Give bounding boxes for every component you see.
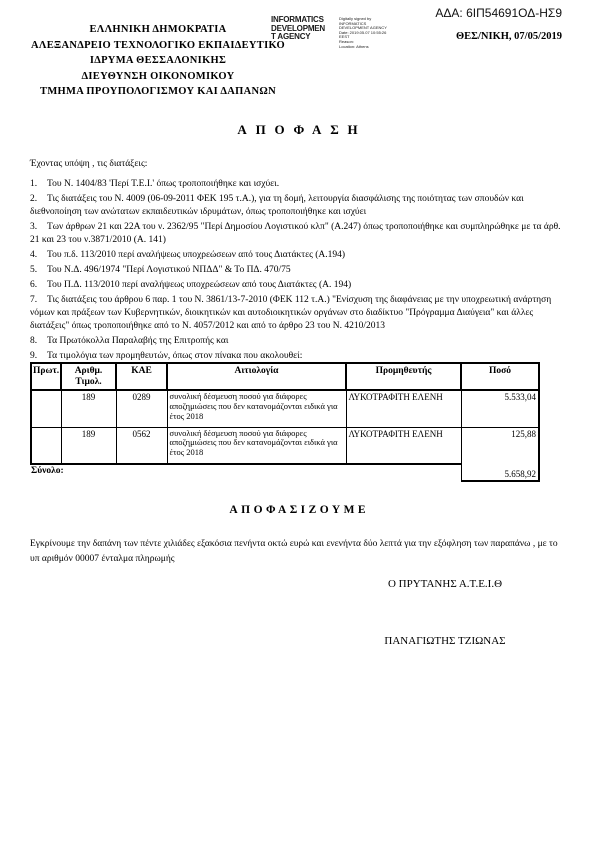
table-row: 189 0289 συνολική δέσμευση ποσού για διά…	[31, 390, 539, 427]
stamp-detail-line: Location: Athens	[339, 45, 401, 50]
resolution-body: Εγκρίνουμε την δαπάνη των πέντε χιλιάδες…	[30, 537, 565, 566]
item-number: 7.	[30, 294, 47, 307]
item-text: Τα τιμολόγια των προμηθευτών, όπως στον …	[47, 351, 302, 361]
letterhead-line-republic: ΕΛΛΗΝΙΚΗ ΔΗΜΟΚΡΑΤΙΑ	[8, 22, 308, 38]
cell-invoice-no: 189	[61, 390, 116, 427]
signatory-name: ΠΑΝΑΓΙΩΤΗΣ ΤΖΙΩΝΑΣ	[330, 635, 560, 647]
item-text: Τις διατάξεις του άρθρου 6 παρ. 1 του Ν.…	[30, 295, 551, 331]
stamp-agency-line: T AGENCY	[271, 33, 335, 42]
cell-justification: συνολική δέσμευση ποσού για διάφορες απο…	[167, 390, 346, 427]
digital-signature-stamp: INFORMATICS DEVELOPMEN T AGENCY Digitall…	[271, 16, 403, 49]
item-text: Των άρθρων 21 και 22Α του ν. 2362/95 "Πε…	[30, 222, 561, 245]
cell-amount: 125,88	[461, 427, 539, 464]
cell-supplier: ΛΥΚΟΤΡΑΦΙΤΗ ΕΛΕΝΗ	[346, 427, 461, 464]
cell-supplier: ΛΥΚΟΤΡΑΦΙΤΗ ΕΛΕΝΗ	[346, 390, 461, 427]
item-number: 3.	[30, 221, 47, 234]
item-text: Του Π.Δ. 113/2010 περί αναλήψεως υποχρεώ…	[47, 280, 351, 290]
total-amount: 5.658,92	[461, 464, 539, 481]
cell-kae: 0562	[116, 427, 167, 464]
col-header-protocol: Πρωτ.	[31, 363, 61, 390]
item-number: 1.	[30, 178, 47, 191]
item-text: Τα Πρωτόκολλα Παραλαβής της Επιτροπής κα…	[47, 336, 228, 346]
consideration-item: 4.Του π.δ. 113/2010 περί αναλήψεως υποχρ…	[30, 249, 571, 262]
stamp-signature-details: Digitally signed by INFORMATICS DEVELOPM…	[339, 16, 401, 49]
item-number: 8.	[30, 335, 47, 348]
consideration-item: 3.Των άρθρων 21 και 22Α του ν. 2362/95 "…	[30, 221, 571, 247]
invoices-table: Πρωτ. Αριθμ. Τιμολ. ΚΑΕ Αιτιολογία Προμη…	[30, 362, 540, 482]
table-row: 189 0562 συνολική δέσμευση ποσού για διά…	[31, 427, 539, 464]
consideration-item: 7.Τις διατάξεις του άρθρου 6 παρ. 1 του …	[30, 294, 571, 333]
signatory-role: Ο ΠΡΥΤΑΝΗΣ Α.Τ.Ε.Ι.Θ	[330, 578, 560, 590]
col-header-supplier: Προμηθευτής	[346, 363, 461, 390]
consideration-item: 8.Τα Πρωτόκολλα Παραλαβής της Επιτροπής …	[30, 335, 571, 348]
letterhead-line-department: ΤΜΗΜΑ ΠΡΟΥΠΟΛΟΓΙΣΜΟΥ ΚΑΙ ΔΑΠΑΝΩΝ	[8, 84, 308, 100]
letterhead: ΕΛΛΗΝΙΚΗ ΔΗΜΟΚΡΑΤΙΑ ΑΛΕΞΑΝΔΡΕΙΟ ΤΕΧΝΟΛΟΓ…	[8, 22, 308, 100]
col-header-kae: ΚΑΕ	[116, 363, 167, 390]
cell-justification: συνολική δέσμευση ποσού για διάφορες απο…	[167, 427, 346, 464]
cell-invoice-no: 189	[61, 427, 116, 464]
consideration-item: 5.Του Ν.Δ. 496/1974 "Περί Λογιστικού ΝΠΔ…	[30, 264, 571, 277]
cell-amount: 5.533,04	[461, 390, 539, 427]
item-text: Του π.δ. 113/2010 περί αναλήψεως υποχρεώ…	[47, 250, 345, 260]
place-date: ΘΕΣ/ΝΙΚΗ, 07/05/2019	[456, 31, 562, 42]
cell-protocol	[31, 427, 61, 464]
total-spacer	[346, 464, 461, 481]
total-label: Σύνολο:	[31, 464, 167, 481]
cell-kae: 0289	[116, 390, 167, 427]
letterhead-line-institution-1: ΑΛΕΞΑΝΔΡΕΙΟ ΤΕΧΝΟΛΟΓΙΚΟ ΕΚΠΑΙΔΕΥΤΙΚΟ	[8, 38, 308, 54]
table-header-row: Πρωτ. Αριθμ. Τιμολ. ΚΑΕ Αιτιολογία Προμη…	[31, 363, 539, 390]
consideration-item: 6.Του Π.Δ. 113/2010 περί αναλήψεως υποχρ…	[30, 279, 571, 292]
stamp-agency-name: INFORMATICS DEVELOPMEN T AGENCY	[271, 16, 335, 49]
letterhead-line-directorate: ΔΙΕΥΘΥΝΣΗ ΟΙΚΟΝΟΜΙΚΟΥ	[8, 69, 308, 85]
cell-protocol	[31, 390, 61, 427]
item-text: Του Ν. 1404/83 'Περί Τ.Ε.Ι.' όπως τροποπ…	[47, 179, 279, 189]
consideration-item: 2.Τις διατάξεις του Ν. 4009 (06-09-2011 …	[30, 193, 571, 219]
col-header-justification: Αιτιολογία	[167, 363, 346, 390]
item-number: 5.	[30, 264, 47, 277]
consideration-item: 1.Του Ν. 1404/83 'Περί Τ.Ε.Ι.' όπως τροπ…	[30, 178, 571, 191]
decision-title: ΑΠΟΦΑΣΗ	[0, 122, 595, 138]
item-text: Τις διατάξεις του Ν. 4009 (06-09-2011 ΦΕ…	[30, 194, 524, 217]
considerations-intro: Έχοντας υπόψη , τις διατάξεις:	[30, 159, 147, 169]
document-page: ΕΛΛΗΝΙΚΗ ΔΗΜΟΚΡΑΤΙΑ ΑΛΕΞΑΝΔΡΕΙΟ ΤΕΧΝΟΛΟΓ…	[0, 0, 595, 842]
table-total-row: Σύνολο: 5.658,92	[31, 464, 539, 481]
item-text: Του Ν.Δ. 496/1974 "Περί Λογιστικού ΝΠΔΔ"…	[47, 265, 291, 275]
col-header-amount: Ποσό	[461, 363, 539, 390]
item-number: 6.	[30, 279, 47, 292]
letterhead-line-institution-2: ΙΔΡΥΜΑ ΘΕΣΣΑΛΟΝΙΚΗΣ	[8, 53, 308, 69]
total-spacer	[167, 464, 346, 481]
considerations-list: 1.Του Ν. 1404/83 'Περί Τ.Ε.Ι.' όπως τροπ…	[30, 178, 571, 365]
item-number: 4.	[30, 249, 47, 262]
ada-number: ΑΔΑ: 6ΙΠ54691ΟΔ-ΗΣ9	[435, 6, 562, 20]
item-number: 2.	[30, 193, 47, 206]
resolution-title: ΑΠΟΦΑΣΙΖΟΥΜΕ	[0, 504, 595, 516]
col-header-invoice-no: Αριθμ. Τιμολ.	[61, 363, 116, 390]
